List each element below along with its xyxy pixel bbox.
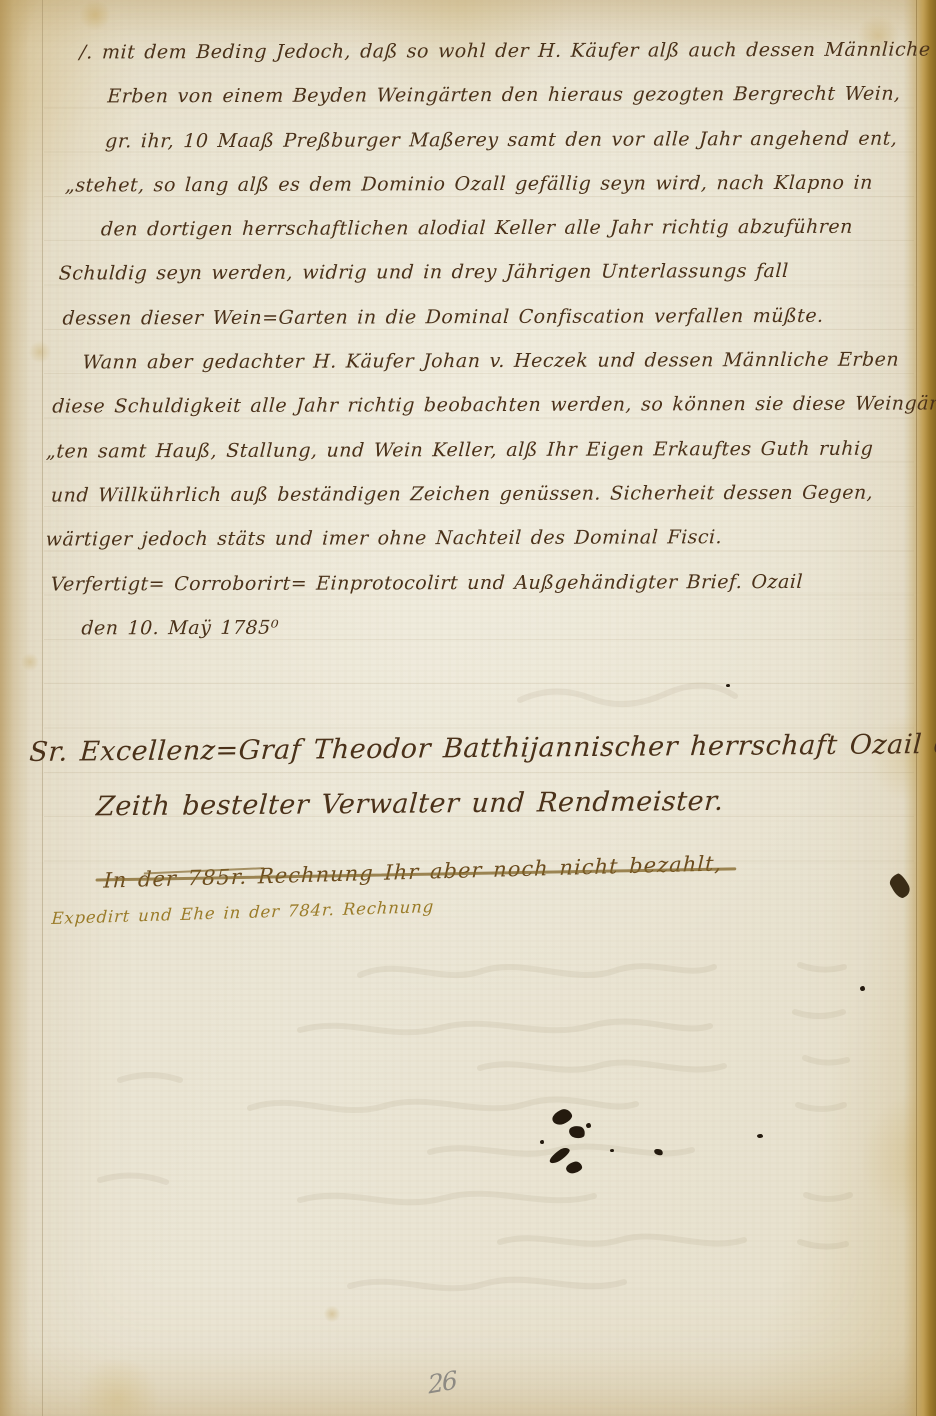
ink-speck <box>757 1134 763 1138</box>
closing-signature-block: Sr. Excellenz=Graf Theodor Batthijannisc… <box>25 729 931 823</box>
manuscript-body: ∕. mit dem Beding Jedoch, daß so wohl de… <box>40 38 936 661</box>
ink-speck <box>860 986 865 991</box>
manuscript-line: Wann aber gedachter H. Käufer Johan v. H… <box>81 349 935 396</box>
ink-speck <box>610 1149 614 1152</box>
manuscript-date-line: den 10. Maÿ 1785⁰ <box>80 614 922 661</box>
ink-speck <box>586 1123 591 1128</box>
struck-annotation: In der 785r. Rechnung Ihr aber noch nich… <box>103 851 723 892</box>
manuscript-line: den dortigen herrschaftlichen alodial Ke… <box>99 216 936 263</box>
manuscript-line: „stehet, so lang alß es dem Dominio Ozal… <box>63 171 936 218</box>
margin-ink-smudge <box>887 872 912 901</box>
manuscript-page: ∕. mit dem Beding Jedoch, daß so wohl de… <box>0 0 936 1416</box>
ink-blot <box>565 1160 583 1175</box>
margin-fold-line <box>42 0 43 1416</box>
manuscript-line: und Willkührlich auß beständigen Zeichen… <box>49 481 928 528</box>
manuscript-line: Verfertigt= Corroborirt= Einprotocolirt … <box>49 570 924 617</box>
ink-blot <box>547 1145 571 1166</box>
manuscript-line: „ten samt Hauß, Stallung, und Wein Kelle… <box>44 437 930 484</box>
manuscript-line: Erben von einem Beyden Weingärten den hi… <box>106 83 936 130</box>
binding-gutter-shadow <box>0 0 30 1416</box>
ink-speck <box>653 1148 664 1157</box>
manuscript-line: dessen dieser Wein=Garten in die Dominal… <box>61 304 936 351</box>
closing-line: Sr. Excellenz=Graf Theodor Batthijannisc… <box>28 729 930 768</box>
ink-blot <box>568 1124 586 1139</box>
ink-speck <box>540 1140 544 1144</box>
manuscript-line: wärtiger jedoch stäts und imer ohne Nach… <box>44 526 926 573</box>
later-annotation: Expedirt und Ehe in der 784r. Rechnung <box>51 897 435 928</box>
manuscript-line: Schuldig seyn werden, widrig und in drey… <box>57 260 936 307</box>
manuscript-line: ∕. mit dem Beding Jedoch, daß so wohl de… <box>78 38 936 85</box>
ink-speck <box>726 684 730 687</box>
closing-line: Zeith bestelter Verwalter und Rendmeiste… <box>95 784 927 822</box>
page-number-pencil: 26 <box>427 1366 456 1400</box>
manuscript-line: gr. ihr, 10 Maaß Preßburger Maßerey samt… <box>104 127 936 174</box>
ink-blot <box>550 1107 574 1127</box>
manuscript-line: diese Schuldigkeit alle Jahr richtig beo… <box>51 393 933 440</box>
